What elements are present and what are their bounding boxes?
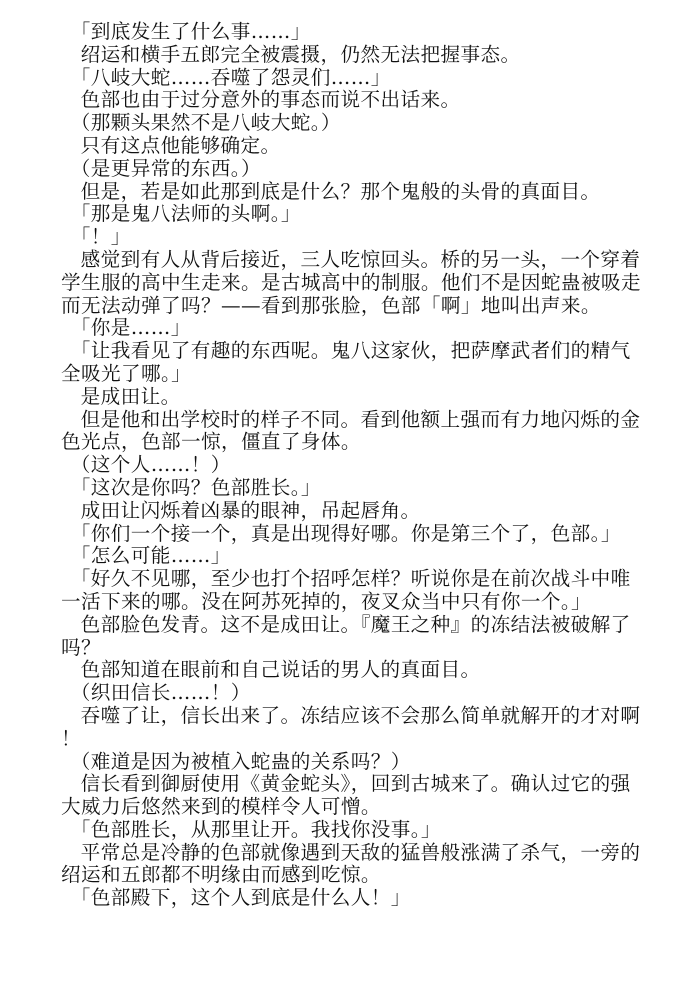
document-page: 「到底发生了什么事……」 绍运和横手五郎完全被震摄，仍然无法把握事态。 「八岐大… <box>61 21 647 910</box>
paragraph-thought: （这个人……！） <box>61 454 647 477</box>
paragraph-dialog: 「色部殿下，这个人到底是什么人！」 <box>61 887 647 910</box>
paragraph-thought: （织田信长……！） <box>61 682 647 705</box>
paragraph-narration: 色部脸色发青。这不是成田让。『魔王之种』的冻结法被破解了吗？ <box>61 614 647 660</box>
paragraph-narration: 成田让闪烁着凶暴的眼神，吊起唇角。 <box>61 500 647 523</box>
paragraph-narration: 色部也由于过分意外的事态而说不出话来。 <box>61 89 647 112</box>
paragraph-thought: （难道是因为被植入蛇蛊的关系吗？） <box>61 751 647 774</box>
paragraph-narration: 但是，若是如此那到底是什么？那个鬼般的头骨的真面目。 <box>61 181 647 204</box>
paragraph-dialog: 「这次是你吗？色部胜长。」 <box>61 477 647 500</box>
paragraph-dialog: 「你是……」 <box>61 317 647 340</box>
paragraph-narration: 色部知道在眼前和自己说话的男人的真面目。 <box>61 659 647 682</box>
paragraph-dialog: 「八岐大蛇……吞噬了怨灵们……」 <box>61 67 647 90</box>
paragraph-narration: 绍运和横手五郎完全被震摄，仍然无法把握事态。 <box>61 44 647 67</box>
paragraph-dialog: 「那是鬼八法师的头啊。」 <box>61 203 647 226</box>
paragraph-thought: （是更异常的东西。） <box>61 158 647 181</box>
paragraph-dialog: 「怎么可能……」 <box>61 545 647 568</box>
paragraph-narration: 感觉到有人从背后接近，三人吃惊回头。桥的另一头，一个穿着学生服的高中生走来。是古… <box>61 249 647 317</box>
paragraph-thought: （那颗头果然不是八岐大蛇。） <box>61 112 647 135</box>
paragraph-dialog: 「好久不见哪，至少也打个招呼怎样？听说你是在前次战斗中唯一活下来的哪。没在阿苏死… <box>61 568 647 614</box>
paragraph-narration: 只有这点他能够确定。 <box>61 135 647 158</box>
paragraph-narration: 信长看到御厨使用《黄金蛇头》，回到古城来了。确认过它的强大威力后悠然来到的模样令… <box>61 773 647 819</box>
paragraph-dialog: 「色部胜长，从那里让开。我找你没事。」 <box>61 819 647 842</box>
paragraph-narration: 是成田让。 <box>61 386 647 409</box>
paragraph-dialog: 「到底发生了什么事……」 <box>61 21 647 44</box>
paragraph-dialog: 「让我看见了有趣的东西呢。鬼八这家伙，把萨摩武者们的精气全吸光了哪。」 <box>61 340 647 386</box>
paragraph-narration: 吞噬了让，信长出来了。冻结应该不会那么简单就解开的才对啊！ <box>61 705 647 751</box>
paragraph-dialog: 「你们一个接一个，真是出现得好哪。你是第三个了，色部。」 <box>61 523 647 546</box>
paragraph-dialog: 「！」 <box>61 226 647 249</box>
paragraph-narration: 但是他和出学校时的样子不同。看到他额上强而有力地闪烁的金色光点，色部一惊，僵直了… <box>61 409 647 455</box>
paragraph-narration: 平常总是冷静的色部就像遇到天敌的猛兽般涨满了杀气，一旁的绍运和五郎都不明缘由而感… <box>61 842 647 888</box>
